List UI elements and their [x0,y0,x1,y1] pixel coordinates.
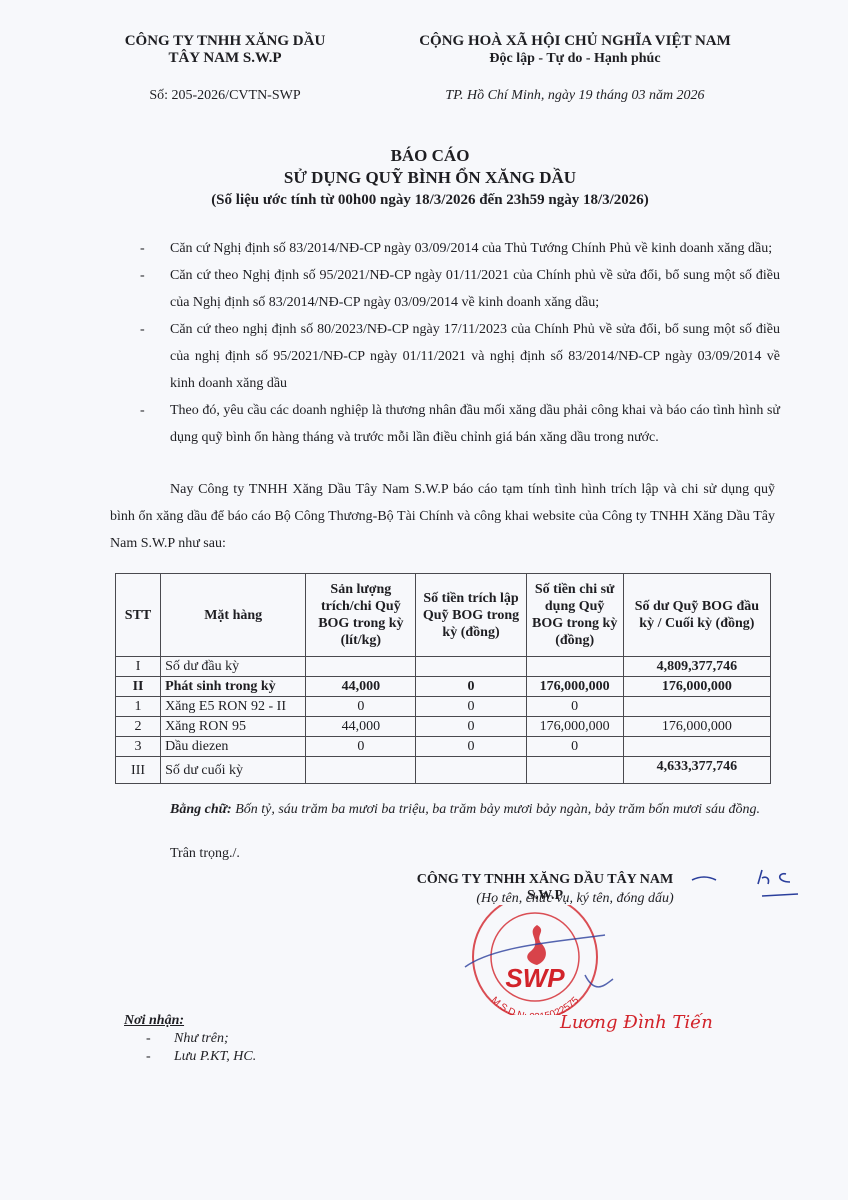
row-allocated: 0 [416,717,526,737]
company-name-line1: CÔNG TY TNHH XĂNG DẦU [100,33,350,50]
document-number: Số: 205-2026/CVTN-SWP [100,88,350,104]
legal-basis-text: Căn cứ Nghị định số 83/2014/NĐ-CP ngày 0… [170,241,772,256]
recipient-item: -Như trên; [124,1030,256,1048]
place-date: TP. Hồ Chí Minh, ngày 19 tháng 03 năm 20… [385,88,765,104]
row-balance: 4,633,377,746 [623,757,770,784]
report-subtitle: SỬ DỤNG QUỸ BÌNH ỔN XĂNG DẦU [180,168,680,188]
header-quantity: Sản lượng trích/chi Quỹ BOG trong kỳ (lí… [306,574,416,657]
row-quantity: 0 [306,737,416,757]
intro-paragraph: Nay Công ty TNHH Xăng Dầu Tây Nam S.W.P … [110,476,775,557]
nation-motto: Độc lập - Tự do - Hạnh phúc [385,50,765,67]
row-balance: 176,000,000 [623,717,770,737]
legal-basis-text: Căn cứ theo Nghị định số 95/2021/NĐ-CP n… [170,268,780,310]
table-row: 2Xăng RON 9544,0000176,000,000176,000,00… [116,717,771,737]
company-name-line2: TÂY NAM S.W.P [100,50,350,67]
row-stt: III [116,757,161,784]
amount-in-words: Bằng chữ: Bốn tỷ, sáu trăm ba mươi ba tr… [110,793,790,827]
header-balance: Số dư Quỹ BOG đầu kỳ / Cuối kỳ (đồng) [623,574,770,657]
signer-name: Lương Đình Tiến [560,1012,713,1033]
table-row: IIPhát sinh trong kỳ44,0000176,000,00017… [116,677,771,697]
recipient-text: Như trên; [174,1031,229,1046]
row-item: Dầu diezen [161,737,306,757]
closing-regards: Trân trọng./. [170,846,240,862]
row-quantity [306,757,416,784]
row-spent: 176,000,000 [526,677,623,697]
nation-title: CỘNG HOÀ XÃ HỘI CHỦ NGHĨA VIỆT NAM [385,33,765,50]
report-period: (Số liệu ước tính từ 00h00 ngày 18/3/202… [130,192,730,209]
legal-basis-list: -Căn cứ Nghị định số 83/2014/NĐ-CP ngày … [140,235,780,451]
bullet-dash: - [146,1048,174,1066]
row-item: Số dư cuối kỳ [161,757,306,784]
row-item: Xăng RON 95 [161,717,306,737]
row-stt: 1 [116,697,161,717]
issuer-block: CÔNG TY TNHH XĂNG DẦU TÂY NAM S.W.P [100,33,350,67]
fund-usage-table: STT Mặt hàng Sản lượng trích/chi Quỹ BOG… [115,573,771,784]
svg-text:SWP: SWP [505,963,565,993]
row-quantity: 44,000 [306,717,416,737]
table-header-row: STT Mặt hàng Sản lượng trích/chi Quỹ BOG… [116,574,771,657]
legal-basis-item: -Theo đó, yêu cầu các doanh nghiệp là th… [140,397,780,451]
row-allocated: 0 [416,697,526,717]
table-row: 1Xăng E5 RON 92 - II000 [116,697,771,717]
legal-basis-text: Căn cứ theo nghị định số 80/2023/NĐ-CP n… [170,322,780,391]
recipients-label: Nơi nhận: [124,1012,256,1030]
national-motto-block: CỘNG HOÀ XÃ HỘI CHỦ NGHĨA VIỆT NAM Độc l… [385,33,765,67]
row-stt: I [116,657,161,677]
row-stt: II [116,677,161,697]
header-item: Mặt hàng [161,574,306,657]
row-item: Phát sinh trong kỳ [161,677,306,697]
row-balance: 176,000,000 [623,677,770,697]
table-row: 3Dầu diezen000 [116,737,771,757]
bullet-dash: - [140,316,145,343]
bullet-dash: - [140,235,145,262]
legal-basis-item: -Căn cứ Nghị định số 83/2014/NĐ-CP ngày … [140,235,780,262]
row-balance [623,697,770,717]
row-quantity: 0 [306,697,416,717]
legal-basis-text: Theo đó, yêu cầu các doanh nghiệp là thư… [170,403,780,445]
row-allocated [416,657,526,677]
row-allocated: 0 [416,677,526,697]
legal-basis-item: -Căn cứ theo nghị định số 80/2023/NĐ-CP … [140,316,780,397]
header-allocated: Số tiền trích lập Quỹ BOG trong kỳ (đồng… [416,574,526,657]
stamp-seal-icon: SWP M.S.D.N: 0315022575 [455,905,615,1015]
row-spent: 176,000,000 [526,717,623,737]
row-item: Số dư đầu kỳ [161,657,306,677]
bullet-dash: - [146,1030,174,1048]
row-spent [526,657,623,677]
header-stt: STT [116,574,161,657]
row-stt: 2 [116,717,161,737]
table-row: IIISố dư cuối kỳ4,633,377,746 [116,757,771,784]
row-allocated [416,757,526,784]
header-spent: Số tiền chi sử dụng Quỹ BOG trong kỳ (đồ… [526,574,623,657]
row-quantity [306,657,416,677]
table-row: ISố dư đầu kỳ4,809,377,746 [116,657,771,677]
company-stamp: SWP M.S.D.N: 0315022575 [455,905,615,1015]
row-quantity: 44,000 [306,677,416,697]
bullet-dash: - [140,397,145,424]
row-allocated: 0 [416,737,526,757]
legal-basis-item: -Căn cứ theo Nghị định số 95/2021/NĐ-CP … [140,262,780,316]
row-spent [526,757,623,784]
row-stt: 3 [116,737,161,757]
amount-in-words-label: Bằng chữ: [170,802,232,817]
amount-in-words-text: Bốn tỷ, sáu trăm ba mươi ba triệu, ba tr… [235,802,760,817]
row-spent: 0 [526,737,623,757]
initials-signature-icon [690,864,800,904]
recipient-text: Lưu P.KT, HC. [174,1049,256,1064]
row-item: Xăng E5 RON 92 - II [161,697,306,717]
recipient-item: -Lưu P.KT, HC. [124,1048,256,1066]
bullet-dash: - [140,262,145,289]
row-balance: 4,809,377,746 [623,657,770,677]
recipients-block: Nơi nhận: -Như trên; -Lưu P.KT, HC. [124,1012,256,1066]
row-spent: 0 [526,697,623,717]
row-balance [623,737,770,757]
report-title: BÁO CÁO [180,146,680,166]
